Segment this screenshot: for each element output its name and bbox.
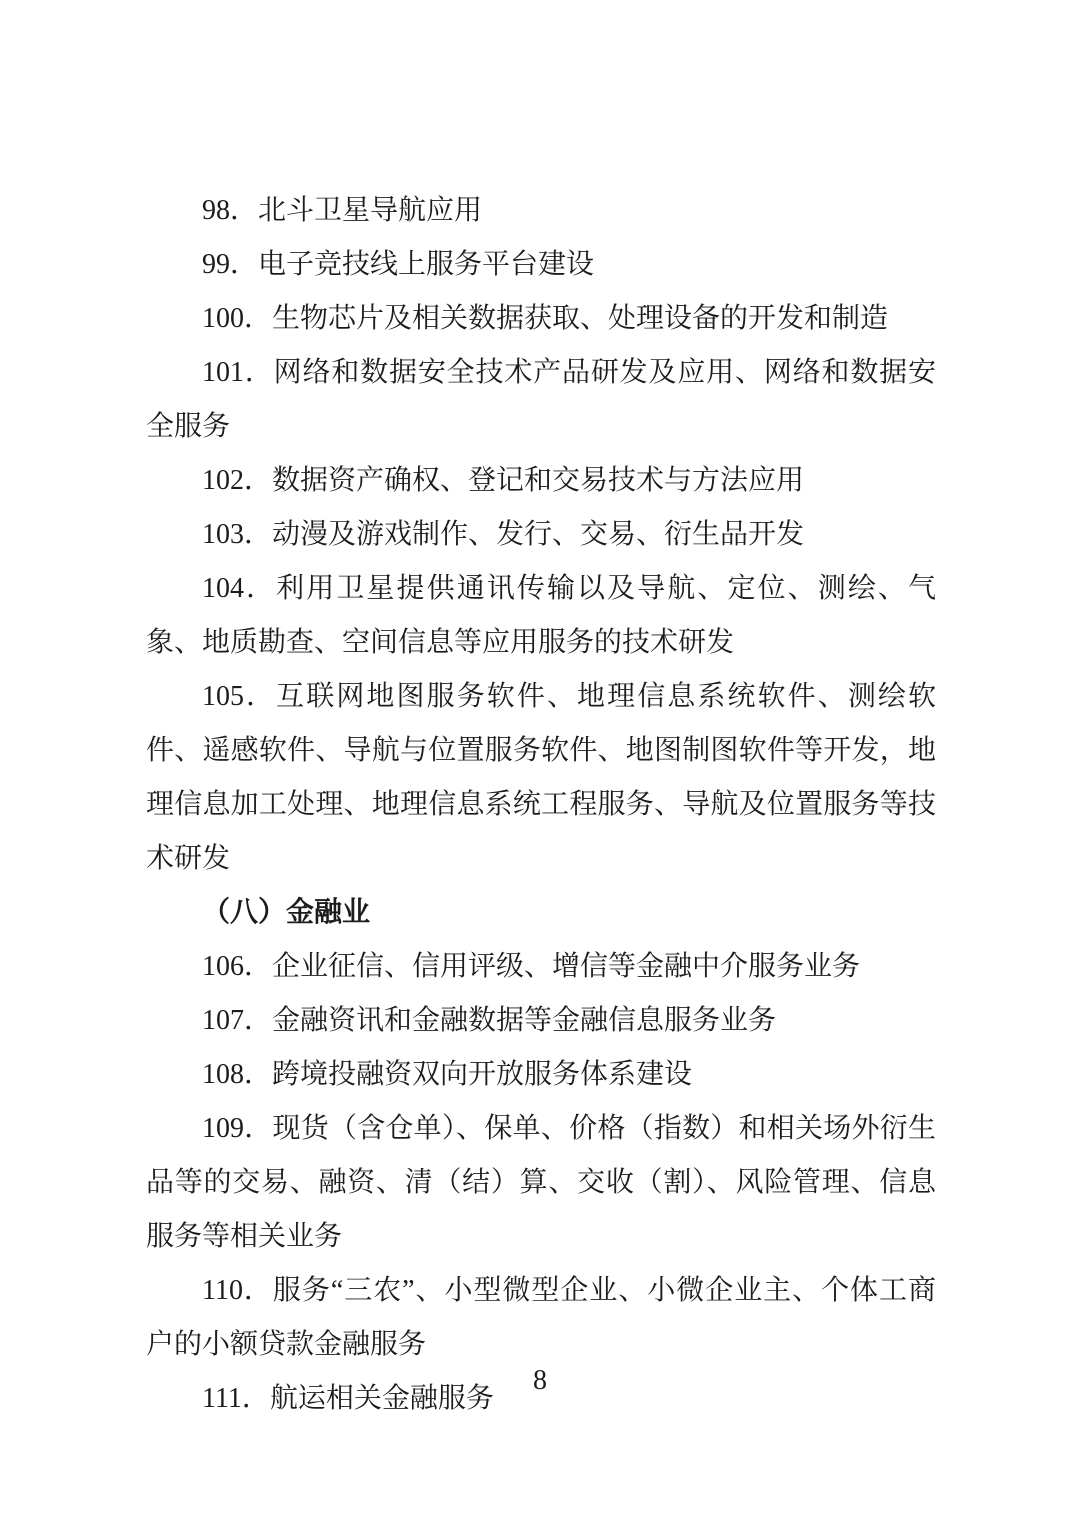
list-item: 98．北斗卫星导航应用 [146, 184, 936, 238]
document-body: 98．北斗卫星导航应用99．电子竞技线上服务平台建设100．生物芯片及相关数据获… [146, 184, 936, 1426]
list-item: 108．跨境投融资双向开放服务体系建设 [146, 1048, 936, 1102]
list-item: 99．电子竞技线上服务平台建设 [146, 238, 936, 292]
list-item: 104．利用卫星提供通讯传输以及导航、定位、测绘、气象、地质勘查、空间信息等应用… [146, 562, 936, 670]
list-item: 110．服务“三农”、小型微型企业、小微企业主、个体工商户的小额贷款金融服务 [146, 1264, 936, 1372]
document-page: 98．北斗卫星导航应用99．电子竞技线上服务平台建设100．生物芯片及相关数据获… [0, 0, 1080, 1527]
list-item: 103．动漫及游戏制作、发行、交易、衍生品开发 [146, 508, 936, 562]
list-item: 106．企业征信、信用评级、增信等金融中介服务业务 [146, 940, 936, 994]
page-number: 8 [0, 1364, 1080, 1398]
list-item: 107．金融资讯和金融数据等金融信息服务业务 [146, 994, 936, 1048]
list-item: 101．网络和数据安全技术产品研发及应用、网络和数据安全服务 [146, 346, 936, 454]
section-heading: （八）金融业 [146, 886, 936, 940]
list-item: 100．生物芯片及相关数据获取、处理设备的开发和制造 [146, 292, 936, 346]
list-item: 109．现货（含仓单）、保单、价格（指数）和相关场外衍生品等的交易、融资、清（结… [146, 1102, 936, 1264]
list-item: 105．互联网地图服务软件、地理信息系统软件、测绘软件、遥感软件、导航与位置服务… [146, 670, 936, 886]
list-item: 102．数据资产确权、登记和交易技术与方法应用 [146, 454, 936, 508]
